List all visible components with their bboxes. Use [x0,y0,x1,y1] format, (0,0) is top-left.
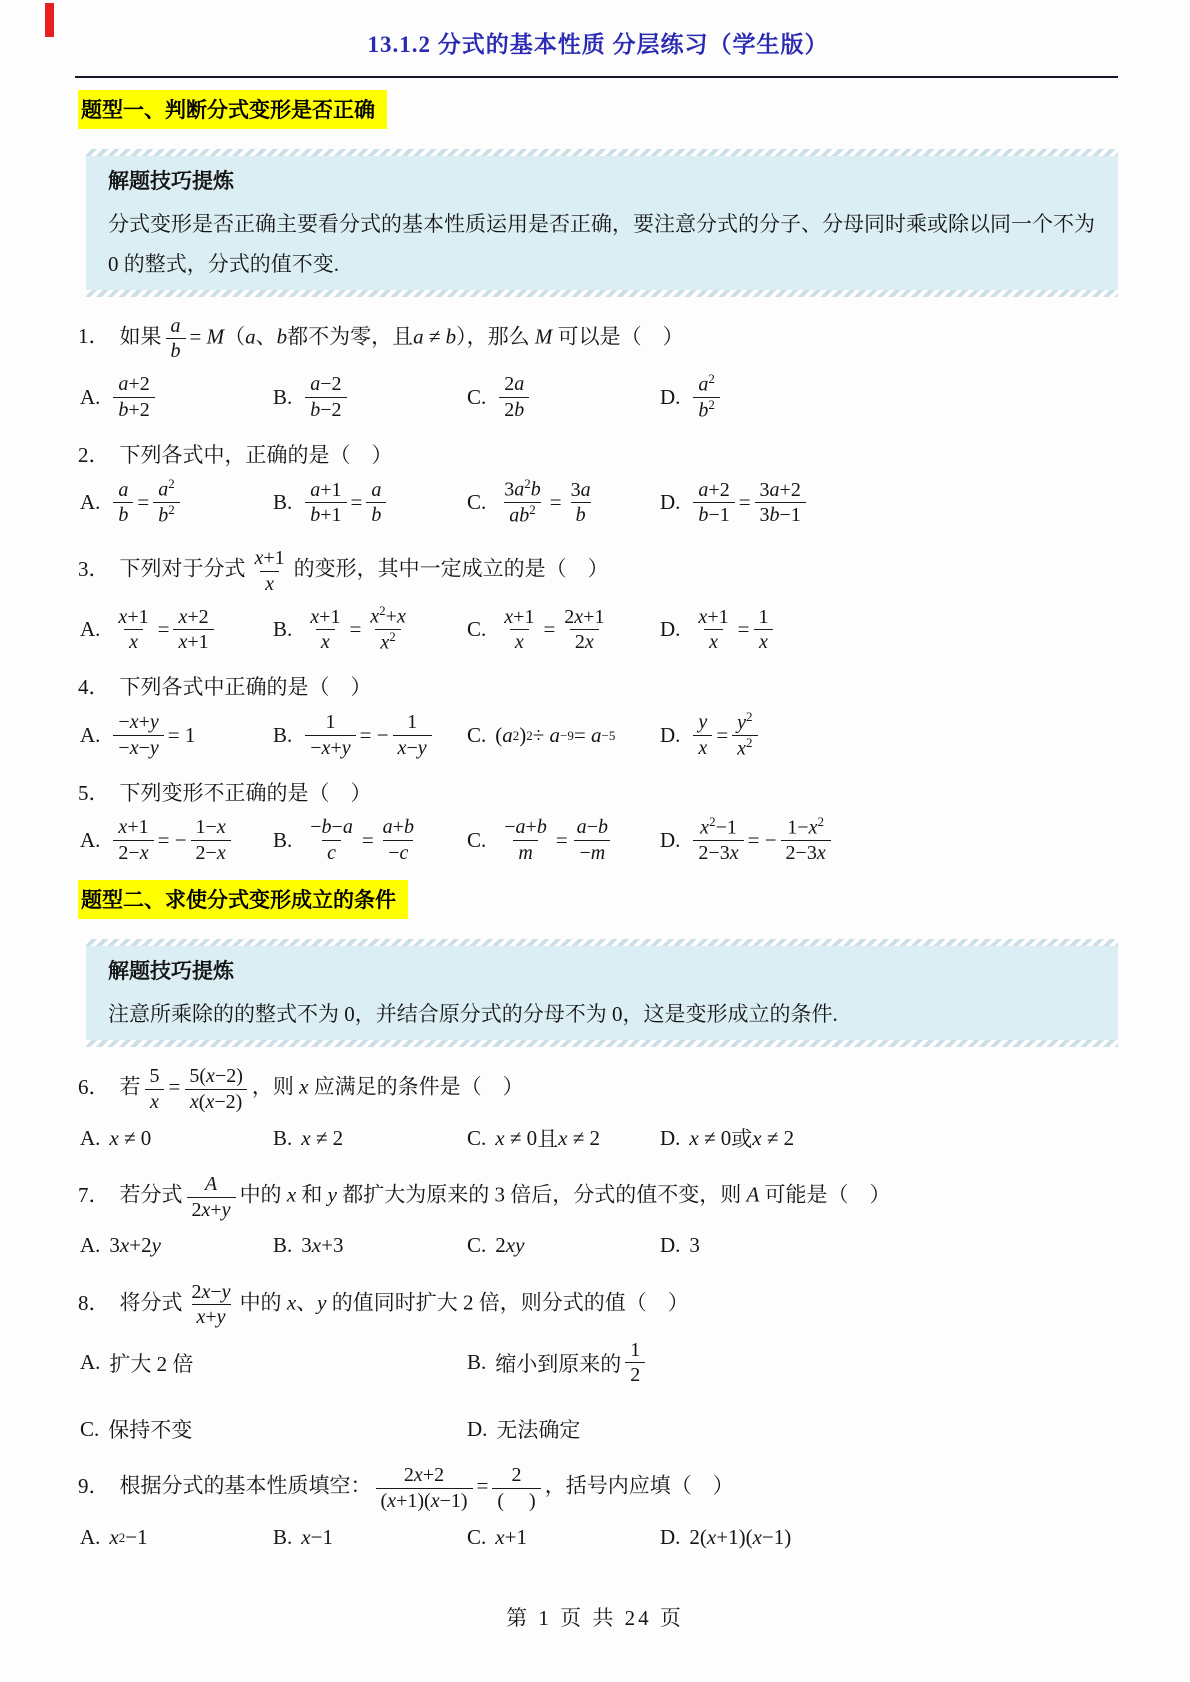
math-expression: 3x+2y [109,1233,161,1258]
option-row: A.x2−1B.x−1C.x+1D.2(x+1)(x−1) [80,1520,1118,1554]
option-label: C. [467,1126,486,1151]
math-expression: 3a+2 [760,479,801,501]
math-expression: x [709,631,718,653]
stem-text: 若分式 [120,1183,183,1207]
option-item: A.ab=a2b2 [80,476,273,529]
math-expression: a [158,479,168,501]
question-number: 5． [78,781,110,805]
option-item: B.x−1 [273,1520,467,1554]
math-expression: x+1 [310,606,340,628]
fraction: a+b−c [378,815,419,865]
question-item: 2．下列各式中，正确的是（ ）A.ab=a2b2B.a+1b+1=abC.3a2… [78,440,1118,530]
option-label: A. [80,1126,100,1151]
math-expression: = 1 [168,723,196,748]
math-expression: x [109,1525,118,1550]
option-item: C.3a2bab2=3ab [467,476,660,529]
fraction: x+1x [693,605,733,655]
fraction: a−2b−2 [305,372,346,422]
option-label: D. [660,1126,680,1151]
question-item: 5．下列变形不正确的是（ ）A.x+12−x= −1−x2−xB.−b−ac=a… [78,778,1118,867]
fraction: 1x [753,605,773,655]
math-expression: x [265,573,274,595]
fraction: x+1x [250,546,290,596]
option-label: B. [467,1350,486,1375]
option-item: D.x ≠ 0或x ≠ 2 [660,1121,1118,1155]
math-expression: 1 [325,711,335,733]
option-item: C.(a2)2 ÷ a−9 = a−5 [467,718,660,752]
math-expression: x [515,631,524,653]
document-page: 13.1.2 分式的基本性质 分层练习（学生版） 题型一、判断分式变形是否正确 … [0,0,1190,1682]
math-expression: b+1 [310,504,341,526]
stem-text: 根据分式的基本性质填空： [120,1474,372,1498]
math-expression: 2x−y [192,1281,231,1303]
math-expression: 3a [571,479,591,501]
superscript: 2 [708,371,715,386]
math-expression: 2xy [495,1233,524,1258]
stem-text: 可以是（ ） [558,324,684,348]
option-item: A.x2−1 [80,1520,273,1554]
math-expression: = a [574,723,602,748]
option-item: A.扩大 2 倍 [80,1346,467,1380]
stem-text: ，则 [252,1075,294,1099]
math-expression: = [716,723,728,748]
stem-text: 若 [120,1075,141,1099]
option-item: D.a+2b−1=3a+23b−1 [660,477,1118,529]
math-expression: 5 [150,1065,160,1087]
math-expression: 2 [512,1464,522,1486]
option-item: D.无法确定 [467,1412,1118,1446]
math-expression: (a [495,723,513,748]
math-expression: = [362,828,374,853]
math-expression: x [698,737,707,759]
math-expression: x [150,1091,159,1113]
option-row: A.ab=a2b2B.a+1b+1=abC.3a2bab2=3abD.a+2b−… [80,476,1118,529]
math-expression: 2−3x [786,842,826,864]
stem-text: 如果 [120,324,162,348]
math-expression: = [158,617,170,642]
option-item: D.a2b2 [660,371,1118,424]
option-item: C.x ≠ 0且x ≠ 2 [467,1121,660,1155]
math-expression: −x−y [118,737,158,759]
math-expression: x ≠ 2 [752,1126,794,1151]
math-expression: = M [190,324,225,348]
title-divider [75,76,1118,78]
fraction: 1x−y [393,710,432,760]
math-expression: x [282,1183,302,1207]
option-label: B. [273,828,292,853]
option-label: B. [273,1525,292,1550]
question-item: 6．若5x=5(x−2)x(x−2)，则 x 应满足的条件是（ ）A.x ≠ 0… [78,1063,1118,1155]
math-expression: −b−a [310,816,353,838]
math-expression: x ≠ 0 [495,1126,537,1151]
fraction: x+1x [305,605,345,655]
option-label: C. [467,723,486,748]
math-expression: −1 [716,817,737,839]
tip-box-text: 注意所乘除的的整式不为 0，并结合原分式的分母不为 0，这是变形成立的条件. [108,995,1096,1035]
math-expression: a [171,315,181,337]
math-expression: x+1 [118,816,148,838]
fraction: a+1b+1 [305,478,346,528]
tip-box-title: 解题技巧提炼 [108,165,1096,195]
math-expression: 3a [504,479,524,501]
option-row: A.x+1x=x+2x+1B.x+1x=x2+xx2C.x+1x=2x+12xD… [80,603,1118,656]
question-stem: 2．下列各式中，正确的是（ ） [78,440,1118,470]
math-expression: A [741,1183,764,1207]
math-expression: = [738,617,750,642]
math-expression: 3x+3 [301,1233,343,1258]
option-item: C.x+1x=2x+12x [467,604,660,656]
math-expression: c [327,842,336,864]
option-item: D.3 [660,1229,1118,1263]
question-stem: 7．若分式A2x+y中的 x 和 y 都扩大为原来的 3 倍后，分式的值不变，则… [78,1171,1118,1223]
math-expression: x+1 [255,547,285,569]
math-expression: 1 [758,606,768,628]
option-item: D.2(x+1)(x−1) [660,1520,1118,1554]
superscript: 2 [746,735,753,750]
math-expression: 2x+1 [564,606,604,628]
question-item: 7．若分式A2x+y中的 x 和 y 都扩大为原来的 3 倍后，分式的值不变，则… [78,1171,1118,1263]
question-number: 4． [78,675,110,699]
stem-text: 应满足的条件是（ ） [314,1075,524,1099]
option-item: B.a−2b−2 [273,371,467,423]
math-expression: y [737,711,746,733]
question-number: 2． [78,443,110,467]
option-item: B.缩小到原来的12 [467,1337,1118,1389]
superscript: 2 [168,502,175,517]
option-item: B.x+1x=x2+xx2 [273,603,467,656]
math-expression: x−1 [301,1525,333,1550]
stem-text: 中的 [240,1183,282,1207]
math-expression: b [698,399,708,421]
math-expression: x+1 [178,631,208,653]
math-expression: a+b [383,816,414,838]
math-expression: x [321,631,330,653]
fraction: 12 [625,1338,645,1388]
option-label: A. [80,490,100,515]
option-item: C.−a+bm=a−b−m [467,814,660,866]
option-item: B.−b−ac=a+b−c [273,814,467,866]
option-label: A. [80,385,100,410]
option-item: B.a+1b+1=ab [273,477,467,529]
math-expression: x [294,1075,314,1099]
fraction: a2b2 [153,477,180,528]
question-stem: 9．根据分式的基本性质填空：2x+2(x+1)(x−1)=2( )，括号内应填（… [78,1462,1118,1514]
math-expression: x+1 [698,606,728,628]
math-expression: 2x+2 [404,1464,444,1486]
question-item: 1．如果ab= M（a、b都不为零，且a ≠ b），那么 M 可以是（ ）A.a… [78,313,1118,424]
option-label: D. [660,1525,680,1550]
math-expression: = − [158,828,187,853]
question-number: 3． [78,557,110,581]
fraction: 2x+12x [559,605,609,655]
math-expression: 2a [504,373,524,395]
stem-text: 或 [731,1123,752,1153]
math-expression: = [543,617,555,642]
option-item: C.2a2b [467,371,660,423]
fraction: a2b2 [693,372,720,423]
option-label: B. [273,490,292,515]
option-item: A.a+2b+2 [80,371,273,423]
option-item: B.x ≠ 2 [273,1121,467,1155]
option-item: B.3x+3 [273,1229,467,1263]
math-expression: x [380,632,389,654]
option-label: B. [273,617,292,642]
stem-text: 、 [256,324,277,348]
option-label: C. [467,490,486,515]
option-label: C. [467,1525,486,1550]
superscript: −9 [560,729,574,742]
math-expression: a [698,373,708,395]
stem-text: 下列变形不正确的是（ ） [120,781,372,805]
superscript: −5 [601,729,615,742]
math-expression: ab [509,505,529,527]
stem-text: 下列各式中，正确的是（ ） [120,443,393,467]
math-expression: −1 [125,1525,147,1550]
option-item: A.x+12−x= −1−x2−x [80,814,273,866]
math-expression: a+1 [310,479,341,501]
math-expression: x+2 [178,606,208,628]
math-expression: 2(x+1)(x−1) [689,1525,791,1550]
question-list-section-2: 6．若5x=5(x−2)x(x−2)，则 x 应满足的条件是（ ）A.x ≠ 0… [78,1063,1118,1554]
math-expression: a [245,324,256,348]
math-expression: a ≠ b [413,324,456,348]
option-label: D. [660,490,680,515]
option-label: D. [660,385,680,410]
math-expression: a [118,479,128,501]
stem-text: 且 [537,1123,558,1153]
math-expression: ÷ a [533,723,560,748]
math-expression: a−b [577,816,608,838]
stem-text: 、 [296,1291,317,1315]
stem-text: 缩小到原来的 [495,1348,621,1378]
math-expression: x+y [197,1306,226,1328]
math-expression: M [530,324,558,348]
fraction: 2x−yx+y [187,1280,236,1330]
math-expression: 2−3x [698,842,738,864]
section-banner-1: 题型一、判断分式变形是否正确 [78,90,387,129]
fraction: x2−12−3x [693,815,743,865]
option-item: D.yx=y2x2 [660,709,1118,762]
math-expression: b [576,504,586,526]
option-row: A.x+12−x= −1−x2−xB.−b−ac=a+b−cC.−a+bm=a−… [80,814,1118,866]
fraction: −x+y−x−y [113,710,163,760]
math-expression: x [370,606,379,628]
math-expression: b [171,340,181,362]
fraction: ab [113,478,133,528]
option-item: A.x ≠ 0 [80,1121,273,1155]
math-expression: x(x−2) [190,1091,242,1113]
math-expression: = [550,490,562,515]
math-expression: b [531,479,541,501]
stem-text: 无法确定 [496,1414,580,1444]
stem-text: （ [224,324,245,348]
option-label: C. [467,617,486,642]
math-expression: 1 [630,1339,640,1361]
math-expression: b [158,505,168,527]
fraction: 3ab [566,478,596,528]
fraction: 3a+23b−1 [755,478,806,528]
option-label: B. [273,723,292,748]
option-row: A.x ≠ 0B.x ≠ 2C.x ≠ 0且x ≠ 2D.x ≠ 0或x ≠ 2 [80,1121,1118,1155]
option-row: A.3x+2yB.3x+3C.2xyD.3 [80,1229,1118,1263]
math-expression: 1 [407,711,417,733]
fraction: x2+xx2 [365,604,411,655]
superscript: 2 [708,397,715,412]
math-expression: x [700,817,709,839]
question-stem: 5．下列变形不正确的是（ ） [78,778,1118,808]
math-expression: x [759,631,768,653]
option-item: D.x2−12−3x= −1−x22−3x [660,814,1118,866]
option-item: D.x+1x=1x [660,604,1118,656]
fraction: 5(x−2)x(x−2) [184,1064,248,1114]
stem-text: 的变形，其中一定成立的是（ ） [294,557,609,581]
math-expression: 3 [689,1233,700,1258]
math-expression: a−2 [310,373,341,395]
question-number: 7． [78,1183,110,1207]
stem-text: 将分式 [120,1291,183,1315]
option-label: B. [273,1126,292,1151]
option-label: D. [660,723,680,748]
fraction: 1−x+y [305,710,355,760]
math-expression: y [322,1183,342,1207]
option-label: D. [467,1417,487,1442]
stem-text: 都扩大为原来的 3 倍后，分式的值不变，则 [342,1183,741,1207]
option-row: A.扩大 2 倍B.缩小到原来的12C.保持不变D.无法确定 [80,1337,1118,1447]
math-expression: +x [386,606,406,628]
math-expression: −a+b [504,816,547,838]
question-item: 3．下列对于分式x+1x的变形，其中一定成立的是（ ）A.x+1x=x+2x+1… [78,545,1118,656]
math-expression: x ≠ 0 [109,1126,151,1151]
option-item: A.−x+y−x−y= 1 [80,709,273,761]
fraction: 2x+2(x+1)(x−1) [376,1463,473,1513]
superscript: 2 [168,476,175,491]
red-caret-mark [45,3,54,37]
math-expression: = − [748,828,777,853]
option-label: D. [660,828,680,853]
question-stem: 4．下列各式中正确的是（ ） [78,672,1118,702]
fraction: 1−x22−3x [781,815,831,865]
stem-text: 的值同时扩大 2 倍，则分式的值（ ） [332,1291,689,1315]
option-label: A. [80,1350,100,1375]
math-expression: = [349,617,361,642]
superscript: 2 [817,814,824,829]
fraction: a+2b−1 [693,478,734,528]
math-expression: A [205,1173,217,1195]
math-expression: ( ) [497,1490,535,1512]
page-content: 13.1.2 分式的基本性质 分层练习（学生版） 题型一、判断分式变形是否正确 … [0,0,1190,1554]
fraction: −a+bm [499,815,552,865]
option-item: C.保持不变 [80,1412,467,1446]
fraction: ab [366,478,386,528]
question-item: 4．下列各式中正确的是（ ）A.−x+y−x−y= 1B.1−x+y= −1x−… [78,672,1118,762]
superscript: 2 [389,629,396,644]
option-label: C. [467,385,486,410]
stem-text: 可能是（ ） [765,1183,891,1207]
math-expression: a [371,479,381,501]
page-title: 13.1.2 分式的基本性质 分层练习（学生版） [78,26,1118,59]
tip-box-2: 解题技巧提炼 注意所乘除的的整式不为 0，并结合原分式的分母不为 0，这是变形成… [86,939,1118,1047]
math-expression: b [118,504,128,526]
option-item: B.1−x+y= −1x−y [273,709,467,761]
math-expression: x [737,737,746,759]
section-banner-2: 题型二、求使分式变形成立的条件 [78,880,408,919]
math-expression: x+1 [495,1525,527,1550]
math-expression: x ≠ 2 [301,1126,343,1151]
option-item: C.2xy [467,1229,660,1263]
option-item: C.x+1 [467,1520,660,1554]
math-expression: m [518,842,532,864]
math-expression: 2−x [118,842,148,864]
option-label: A. [80,1525,100,1550]
option-label: D. [660,1233,680,1258]
option-row: A.−x+y−x−y= 1B.1−x+y= −1x−yC.(a2)2 ÷ a−9… [80,709,1118,762]
option-row: A.a+2b+2B.a−2b−2C.2a2bD.a2b2 [80,371,1118,424]
question-number: 8． [78,1291,110,1315]
stem-text: ，括号内应填（ ） [545,1474,734,1498]
question-number: 9． [78,1474,110,1498]
math-expression: b [371,504,381,526]
fraction: yx [693,710,712,760]
math-expression: x ≠ 0 [689,1126,731,1151]
fraction: a+2b+2 [113,372,154,422]
option-label: B. [273,385,292,410]
question-stem: 8．将分式2x−yx+y中的 x、y 的值同时扩大 2 倍，则分式的值（ ） [78,1279,1118,1331]
math-expression: x [129,631,138,653]
math-expression: = [169,1075,181,1099]
fraction: A2x+y [187,1172,236,1222]
option-label: A. [80,617,100,642]
math-expression: b−1 [698,504,729,526]
math-expression: −m [579,842,605,864]
math-expression: = − [360,723,389,748]
question-number: 1． [78,324,110,348]
math-expression: 2x [575,631,594,653]
math-expression: x+1 [118,606,148,628]
option-label: C. [467,1233,486,1258]
math-expression: −x+y [310,737,350,759]
tip-box-title: 解题技巧提炼 [108,955,1096,985]
math-expression: x ≠ 2 [558,1126,600,1151]
question-item: 9．根据分式的基本性质填空：2x+2(x+1)(x−1)=2( )，括号内应填（… [78,1462,1118,1554]
stem-text: 中的 [240,1291,282,1315]
fraction: −b−ac [305,815,358,865]
question-stem: 6．若5x=5(x−2)x(x−2)，则 x 应满足的条件是（ ） [78,1063,1118,1115]
math-expression: a+2 [118,373,149,395]
math-expression: x [282,1291,297,1315]
fraction: ab [166,314,186,364]
question-number: 6． [78,1075,110,1099]
tip-box-text: 分式变形是否正确主要看分式的基本性质运用是否正确，要注意分式的分子、分母同时乘或… [108,205,1096,285]
math-expression: 2−x [196,842,226,864]
fraction: 3a2bab2 [499,477,546,528]
math-expression: = [739,490,751,515]
option-label: A. [80,828,100,853]
stem-text: 都不为零，且 [287,324,413,348]
math-expression: (x+1)(x−1) [381,1490,468,1512]
stem-text: 下列对于分式 [120,557,246,581]
math-expression: y [317,1291,332,1315]
superscript: 2 [746,709,753,724]
page-footer: 第 1 页 共 24 页 [0,1602,1190,1632]
math-expression: = [137,490,149,515]
fraction: 2( ) [492,1463,540,1513]
question-stem: 1．如果ab= M（a、b都不为零，且a ≠ b），那么 M 可以是（ ） [78,313,1118,365]
fraction: a−b−m [572,815,613,865]
math-expression: b−2 [310,399,341,421]
math-expression: 5(x−2) [189,1065,243,1087]
math-expression: b+2 [118,399,149,421]
math-expression: = [477,1474,489,1498]
